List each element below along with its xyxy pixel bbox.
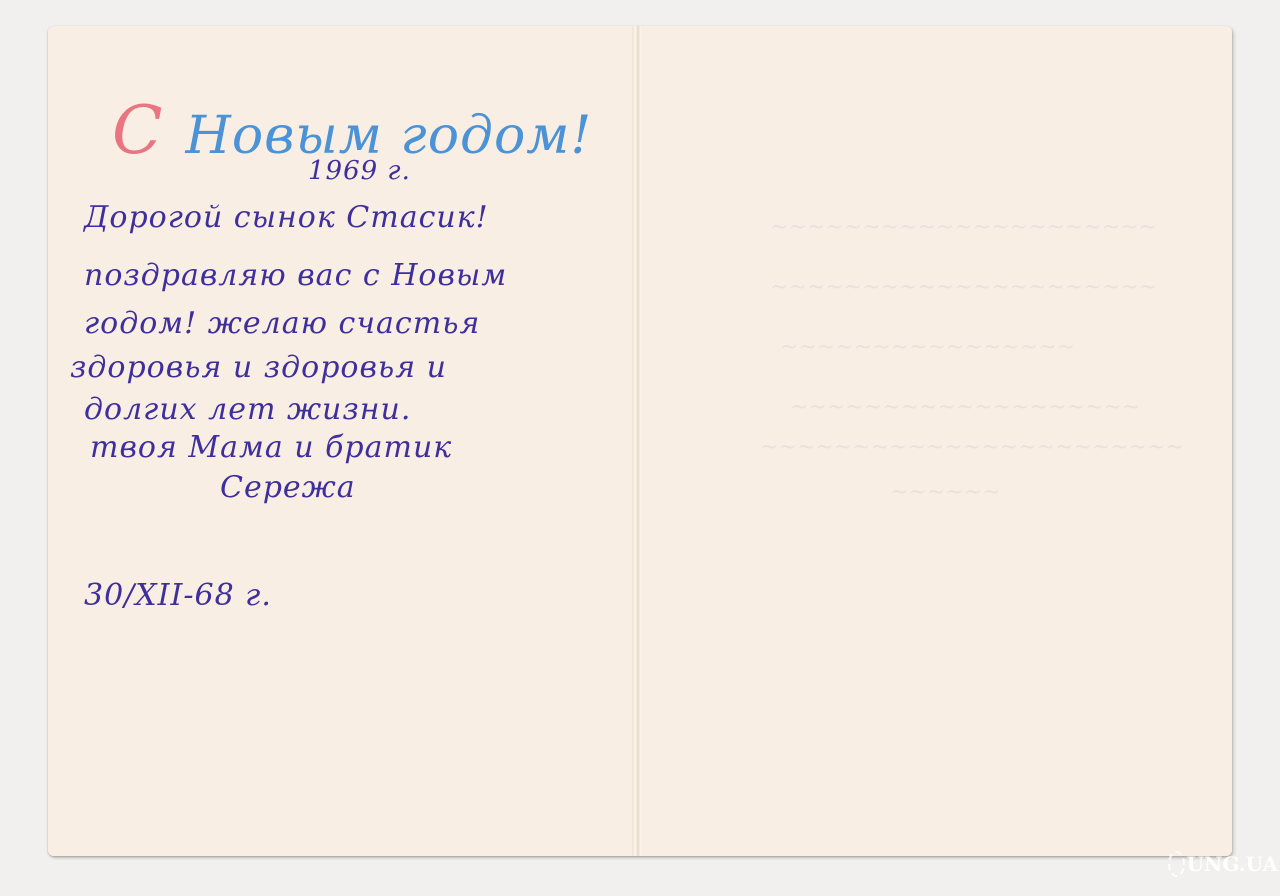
show-through-text: ~~~~~~~~~~~~~~~~ — [780, 335, 1075, 360]
show-through-text: ~~~~~~~~~~~~~~~~~~~~~ — [770, 215, 1157, 240]
show-through-text: ~~~~~~~~~~~~~~~~~~~~~ — [770, 275, 1157, 300]
watermark: UNG.UA — [1168, 844, 1278, 884]
greeting-first-letter: С — [112, 92, 164, 169]
letter-line: здоровья и здоровья и — [70, 350, 447, 385]
letter-line: годом! желаю счастья — [84, 306, 480, 341]
handwritten-year: 1969 г. — [308, 156, 411, 186]
letter-line: твоя Мама и братик — [90, 430, 452, 465]
watermark-text: UNG.UA — [1187, 852, 1278, 876]
letter-line: поздравляю вас с Новым — [84, 258, 507, 293]
letter-line: долгих лет жизни. — [84, 392, 411, 427]
letter-line: Дорогой сынок Стасик! — [84, 200, 489, 235]
show-through-text: ~~~~~~~~~~~~~~~~~~~ — [790, 395, 1140, 420]
letter-date: 30/XII-68 г. — [84, 578, 272, 613]
show-through-text: ~~~~~~~~~~~~~~~~~~~~~~~ — [760, 435, 1184, 460]
sun-logo-icon — [1168, 851, 1185, 877]
letter-signature: Сережа — [220, 470, 356, 505]
show-through-text: ~~~~~~ — [890, 480, 1001, 505]
